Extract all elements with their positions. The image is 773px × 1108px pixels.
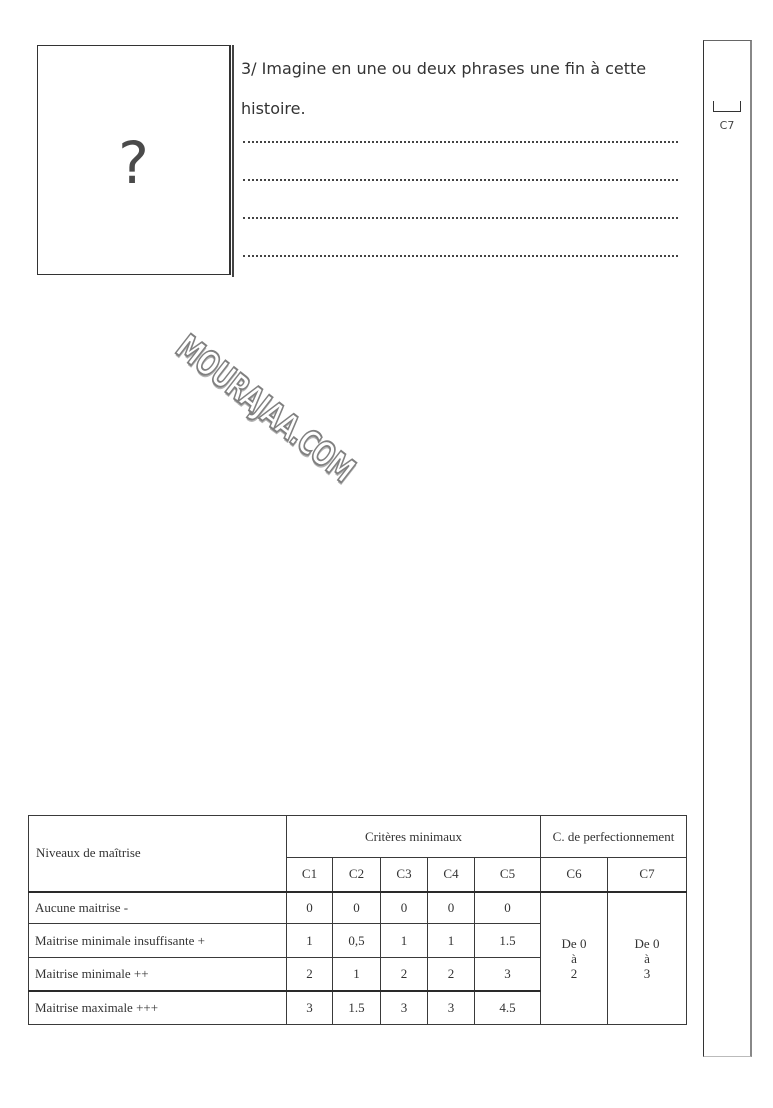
score-cell: 3	[287, 991, 333, 1025]
column-header-c3: C3	[381, 858, 428, 892]
c6-range-to: 2	[541, 966, 607, 981]
image-placeholder: ?	[37, 45, 231, 275]
c6-range-from: De 0	[541, 936, 607, 951]
score-cell: 0	[333, 892, 381, 924]
minimal-criteria-header: Critères minimaux	[287, 816, 541, 858]
score-cell: 3	[381, 991, 428, 1025]
score-cell: 0	[428, 892, 475, 924]
question-block: 3/ Imagine en une ou deux phrases une fi…	[232, 45, 692, 277]
score-cell: 0	[381, 892, 428, 924]
c7-range-from: De 0	[608, 936, 686, 951]
column-header-c7: C7	[608, 858, 687, 892]
score-cell: 1.5	[333, 991, 381, 1025]
column-header-c1: C1	[287, 858, 333, 892]
score-cell: 1	[333, 958, 381, 991]
column-header-c5: C5	[475, 858, 541, 892]
level-label: Maitrise minimale insuffisante +	[29, 924, 287, 958]
column-header-c6: C6	[541, 858, 608, 892]
score-cell: 1	[428, 924, 475, 958]
c6-range-cell: De 0 à 2	[541, 892, 608, 1025]
score-cell: 2	[428, 958, 475, 991]
score-cell: 0	[475, 892, 541, 924]
score-cell: 0	[287, 892, 333, 924]
question-mark-icon: ?	[38, 134, 229, 192]
watermark: MOURAJAA.COM	[168, 327, 351, 483]
score-box[interactable]	[713, 101, 741, 112]
score-cell: 2	[287, 958, 333, 991]
score-cell: 1.5	[475, 924, 541, 958]
answer-line[interactable]	[243, 255, 678, 257]
question-text: 3/ Imagine en une ou deux phrases une fi…	[241, 49, 691, 129]
column-header-c4: C4	[428, 858, 475, 892]
level-label: Maitrise minimale ++	[29, 958, 287, 991]
score-cell: 0,5	[333, 924, 381, 958]
score-label: C7	[704, 119, 750, 132]
answer-line[interactable]	[243, 141, 678, 143]
c7-range-word: à	[608, 951, 686, 966]
grading-table: Niveaux de maîtrise Critères minimaux C.…	[28, 815, 687, 1025]
score-cell: 3	[428, 991, 475, 1025]
c6-range-word: à	[541, 951, 607, 966]
perfection-criteria-header: C. de perfectionnement	[541, 816, 687, 858]
answer-line[interactable]	[243, 217, 678, 219]
c7-range-to: 3	[608, 966, 686, 981]
score-cell: 2	[381, 958, 428, 991]
level-header: Niveaux de maîtrise	[29, 816, 287, 892]
answer-line[interactable]	[243, 179, 678, 181]
score-margin-column: C7	[703, 40, 752, 1057]
score-cell: 4.5	[475, 991, 541, 1025]
c7-range-cell: De 0 à 3	[608, 892, 687, 1025]
score-cell: 1	[381, 924, 428, 958]
level-label: Aucune maitrise -	[29, 892, 287, 924]
column-header-c2: C2	[333, 858, 381, 892]
score-cell: 1	[287, 924, 333, 958]
level-label: Maitrise maximale +++	[29, 991, 287, 1025]
score-cell: 3	[475, 958, 541, 991]
table-row: Aucune maitrise - 0 0 0 0 0 De 0 à 2 De …	[29, 892, 687, 924]
